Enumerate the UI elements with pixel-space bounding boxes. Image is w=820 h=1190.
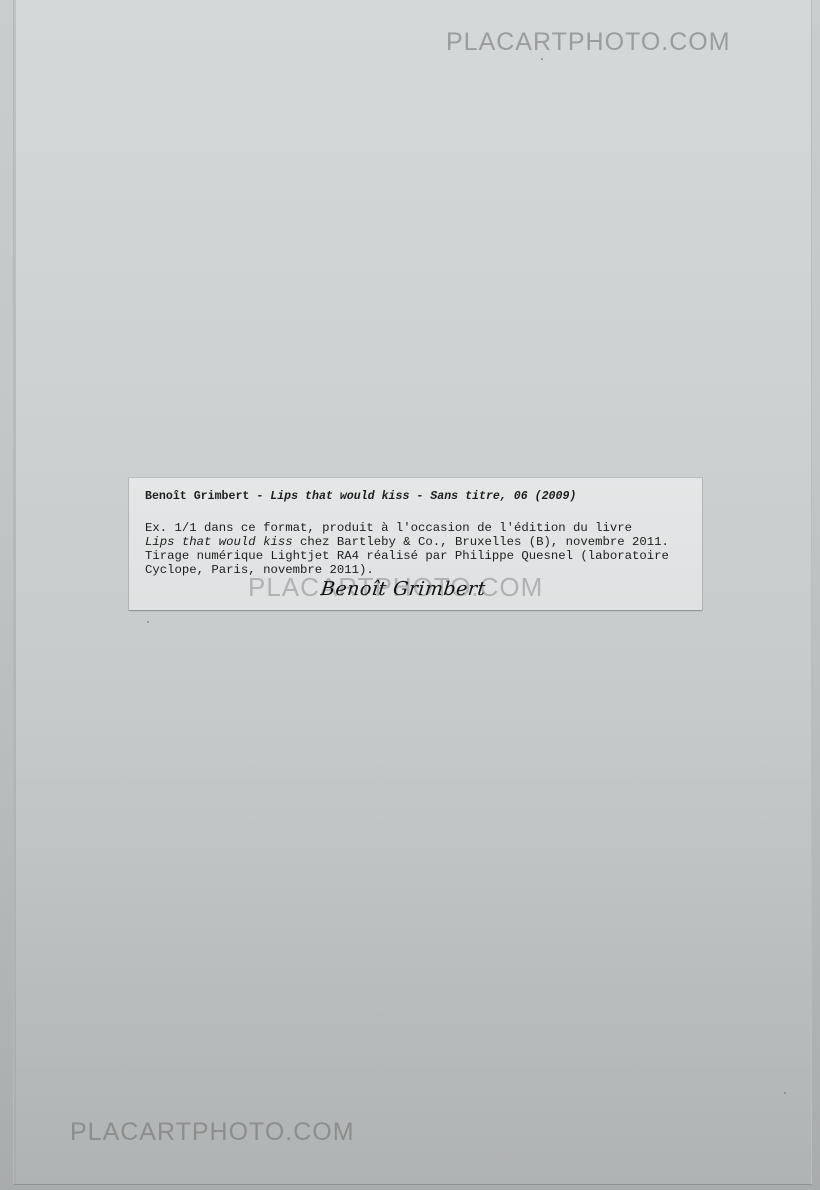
body-line-2: Lips that would kiss chez Bartleby & Co.… — [145, 535, 669, 549]
watermark-top: PLACARTPHOTO.COM — [446, 28, 731, 57]
dust-speck — [147, 621, 149, 623]
body-line-1: Ex. 1/1 dans ce format, produit à l'occa… — [145, 521, 669, 535]
dust-speck — [541, 58, 543, 60]
label-body: Ex. 1/1 dans ce format, produit à l'occa… — [145, 521, 669, 577]
body-line-3: Tirage numérique Lightjet RA4 réalisé pa… — [145, 549, 669, 563]
sheet-left-edge — [14, 0, 16, 1184]
certificate-label: Benoît Grimbert - Lips that would kiss -… — [129, 478, 702, 610]
title-separator: - — [409, 490, 430, 503]
artist-name: Benoît Grimbert — [145, 490, 249, 503]
dust-speck — [784, 1092, 786, 1094]
label-title: Benoît Grimbert - Lips that would kiss -… — [145, 490, 576, 503]
body-line-2-rest: chez Bartleby & Co., Bruxelles (B), nove… — [293, 535, 669, 549]
handwritten-signature: Benoît Grimbert — [320, 578, 487, 600]
book-title: Lips that would kiss — [145, 535, 293, 549]
work-title: Lips that would kiss — [270, 490, 409, 503]
sheet-right-edge — [811, 0, 812, 1184]
work-subtitle: Sans titre, 06 (2009) — [430, 490, 576, 503]
title-separator: - — [249, 490, 270, 503]
watermark-bottom: PLACARTPHOTO.COM — [70, 1118, 355, 1147]
